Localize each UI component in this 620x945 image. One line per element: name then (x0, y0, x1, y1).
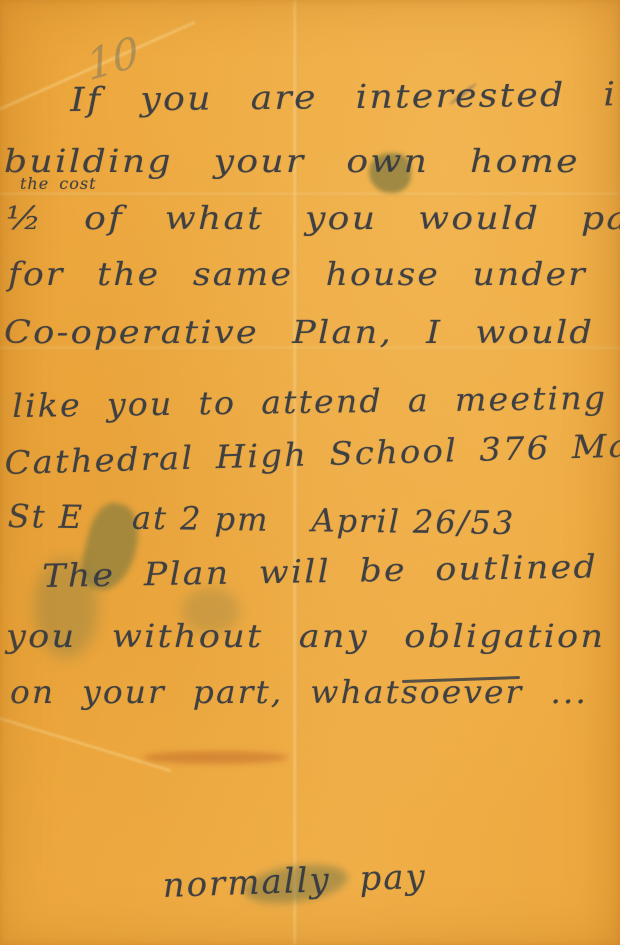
handwritten-line-1: If you are interested in (70, 74, 620, 119)
handwritten-line-7: Cathedral High School 376 Main (4, 425, 620, 482)
date-text: April 26/53 (311, 501, 515, 542)
red-smudge (143, 751, 288, 764)
horizontal-fold-crease (0, 193, 620, 196)
handwritten-line-4: for the same house under a (8, 255, 620, 293)
handwritten-line-5: Co-operative Plan, I would (4, 313, 594, 351)
handwritten-line-8: St E at 2 pm April 26/53 (7, 497, 515, 542)
footer-note: normally pay (162, 857, 427, 906)
handwritten-line-10: you without any obligation (6, 617, 605, 655)
handwritten-line-3: ½ of what you would pay (6, 199, 620, 237)
insertion-note: the cost (20, 174, 97, 193)
street-text: St E (7, 497, 84, 536)
corner-crease (0, 714, 171, 771)
letter-paper: 10 If you are interested in building you… (0, 0, 620, 945)
handwritten-line-9: The Plan will be outlined to (42, 546, 620, 595)
time-text: at 2 pm (132, 499, 270, 539)
handwritten-line-6: like you to attend a meeting at (12, 378, 620, 425)
